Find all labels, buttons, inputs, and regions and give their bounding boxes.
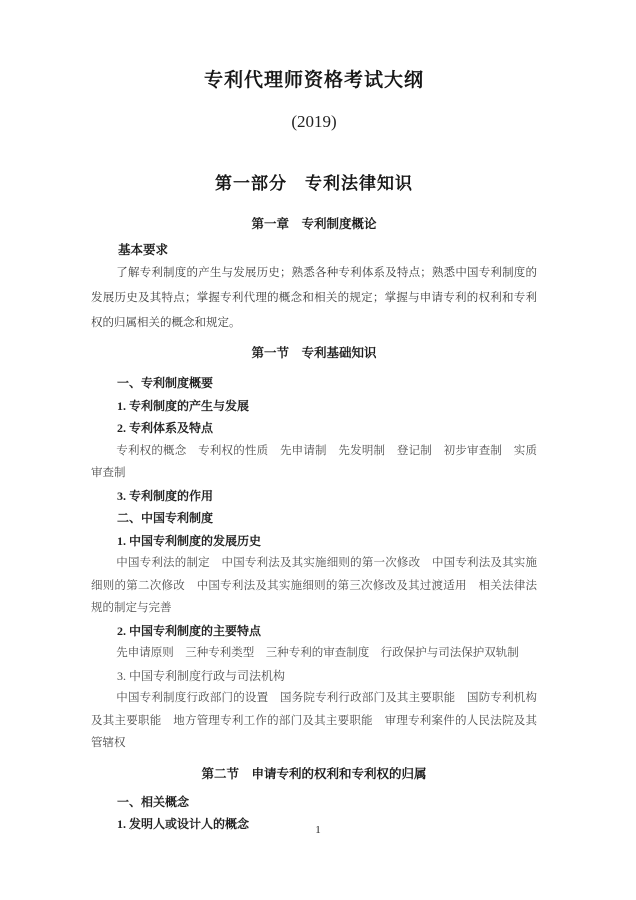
outline-item-1-1: 1. 专利制度的产生与发展 [91, 395, 537, 418]
keyword-line-4: 中国专利制度行政部门的设置 国务院专利行政部门及其主要职能 国防专利机构及其主要… [91, 687, 537, 755]
section1-outline: 一、专利制度概要 1. 专利制度的产生与发展 2. 专利体系及特点 专利权的概念… [91, 372, 537, 755]
part-title: 第一部分 专利法律知识 [91, 170, 537, 198]
keyword-line-2: 中国专利法的制定 中国专利法及其实施细则的第一次修改 中国专利法及其实施细则的第… [91, 552, 537, 620]
page-number: 1 [0, 822, 636, 838]
outline-item-2-2: 2. 中国专利制度的主要特点 [91, 620, 537, 643]
outline-item-1-3: 3. 专利制度的作用 [91, 485, 537, 508]
basic-requirements-paragraph: 了解专利制度的产生与发展历史；熟悉各种专利体系及特点；熟悉中国专利制度的发展历史… [91, 261, 537, 336]
outline-item-2-1: 1. 中国专利制度的发展历史 [91, 530, 537, 553]
section2-title: 第二节 申请专利的权利和专利权的归属 [91, 763, 537, 785]
keyword-line-3: 先申请原则 三种专利类型 三种专利的审查制度 行政保护与司法保护双轨制 [91, 642, 537, 665]
outline-item-1: 一、专利制度概要 [91, 372, 537, 395]
section1-title: 第一节 专利基础知识 [91, 342, 537, 364]
chapter-title: 第一章 专利制度概论 [91, 214, 537, 234]
basic-requirements-heading: 基本要求 [91, 239, 537, 261]
outline-item-1-2: 2. 专利体系及特点 [91, 417, 537, 440]
outline-item-s2-1: 一、相关概念 [91, 791, 537, 814]
outline-item-2: 二、中国专利制度 [91, 507, 537, 530]
document-page: 专利代理师资格考试大纲 (2019) 第一部分 专利法律知识 第一章 专利制度概… [0, 0, 636, 900]
document-year: (2019) [91, 110, 537, 134]
document-title: 专利代理师资格考试大纲 [91, 66, 537, 96]
outline-item-2-3: 3. 中国专利制度行政与司法机构 [91, 665, 537, 688]
keyword-line-1: 专利权的概念 专利权的性质 先申请制 先发明制 登记制 初步审查制 实质审查制 [91, 440, 537, 485]
